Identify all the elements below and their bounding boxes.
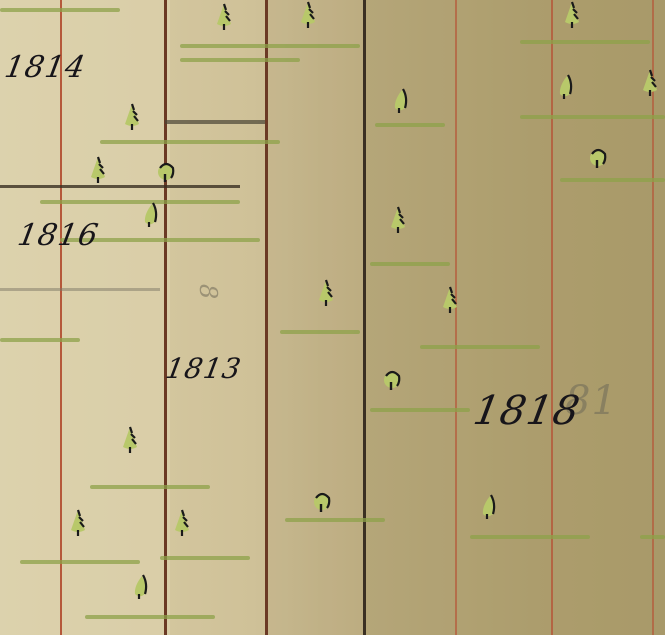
round-tree-icon [382,368,402,398]
grass-stroke [640,535,665,539]
grass-stroke [520,40,650,44]
year-label-1814: 1814 [2,50,89,85]
red-ruling-line [455,0,457,635]
year-label-1813: 1813 [163,352,244,385]
deciduous-tree-icon [478,492,498,522]
deciduous-tree-icon [140,200,160,230]
conifer-tree-icon [298,0,318,30]
grass-stroke [160,556,250,560]
round-tree-icon [588,146,608,176]
grass-stroke [0,338,80,342]
paper-shade-mid [268,0,365,635]
boundary-line [165,120,265,124]
grass-stroke [370,262,450,266]
grass-stroke [375,123,445,127]
conifer-tree-icon [68,508,88,538]
boundary-line [164,0,167,635]
conifer-tree-icon [120,425,140,455]
grass-stroke [370,408,470,412]
conifer-tree-icon [88,155,108,185]
grass-stroke [280,330,360,334]
grass-stroke [100,140,280,144]
deciduous-tree-icon [130,572,150,602]
paper-shade-left [0,0,170,635]
grass-stroke [90,485,210,489]
faded-year-label: 8 [194,284,222,300]
year-label-1818: 1818 [470,388,584,434]
grass-stroke [20,560,140,564]
grass-stroke [180,44,360,48]
grass-stroke [470,535,590,539]
grass-stroke [520,115,665,119]
conifer-tree-icon [122,102,142,132]
boundary-line [0,185,240,188]
red-ruling-line [60,0,62,635]
red-ruling-line [551,0,553,635]
conifer-tree-icon [440,285,460,315]
conifer-tree-icon [388,205,408,235]
grass-stroke [0,8,120,12]
year-label-1816: 1816 [15,218,102,253]
boundary-line [265,0,268,635]
grass-stroke [420,345,540,349]
grass-stroke [85,615,215,619]
boundary-line [363,0,366,635]
paper-shade-right [365,0,665,635]
deciduous-tree-icon [555,72,575,102]
grass-stroke [560,178,665,182]
grass-stroke [180,58,300,62]
historical-map: 8 81 1814 1816 1813 1818 [0,0,665,635]
conifer-tree-icon [172,508,192,538]
conifer-tree-icon [562,0,582,30]
conifer-tree-icon [214,2,234,32]
conifer-tree-icon [640,68,660,98]
pencil-line [0,288,160,291]
round-tree-icon [156,160,176,190]
conifer-tree-icon [316,278,336,308]
grass-stroke [285,518,385,522]
deciduous-tree-icon [390,86,410,116]
round-tree-icon [312,490,332,520]
